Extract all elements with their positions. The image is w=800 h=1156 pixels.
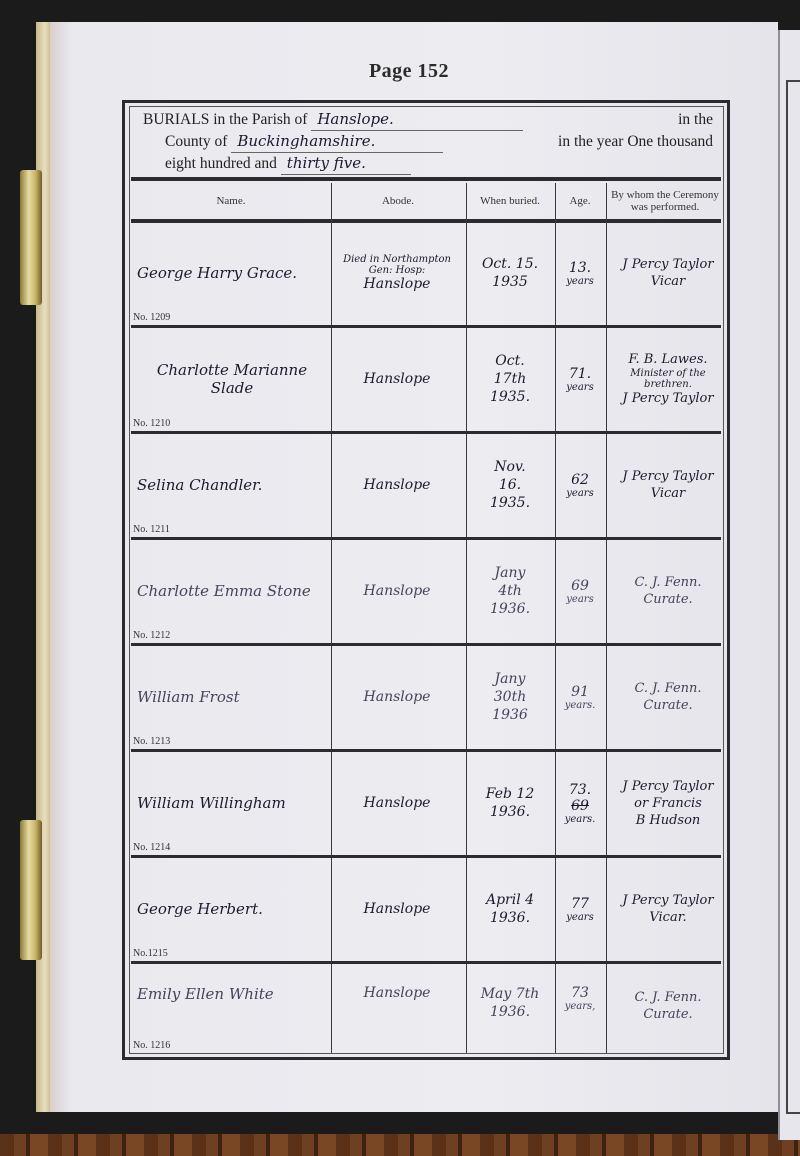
abode-text: Hanslope — [364, 985, 431, 1001]
heading-text: in the year One thousand — [558, 131, 713, 152]
entry-age: 13. years — [556, 223, 604, 323]
officiant-name: J Percy Taylor — [622, 778, 713, 795]
entry-officiant: J Percy Taylor or Francis B Hudson — [608, 753, 728, 853]
age-struck-value: 69 — [571, 798, 589, 814]
date-day: 4th — [498, 582, 522, 600]
age-value: 73 — [571, 985, 589, 1001]
date-line: Feb 12 — [486, 785, 534, 803]
burial-register-table: BURIALS in the Parish of Hanslope. in th… — [122, 100, 730, 1060]
officiant-title: Vicar — [651, 273, 686, 290]
abode-text: Hanslope — [364, 795, 431, 811]
officiant-name: C. J. Fenn. — [634, 680, 701, 697]
entry-officiant: J Percy Taylor Vicar. — [608, 859, 728, 959]
officiant-title: Minister of the brethren. — [608, 368, 728, 390]
age-unit: years — [566, 488, 593, 499]
parish-field: Hanslope. — [311, 109, 523, 131]
column-header-abode: Abode. — [331, 183, 465, 219]
age-value: 13. — [569, 260, 591, 276]
date-year: 1936. — [490, 803, 530, 821]
date-line: Oct. 15. — [482, 255, 538, 273]
entry-abode: Hanslope — [331, 965, 463, 1073]
date-day: 17th — [494, 370, 526, 388]
abode-text: Hanslope — [364, 371, 431, 387]
date-year: 1936. — [490, 600, 530, 618]
date-line: Jany — [495, 564, 526, 582]
entry-age: 73 years, — [556, 965, 604, 1073]
date-line: Jany — [495, 670, 526, 688]
date-year: 1936. — [490, 909, 530, 927]
entry-when-buried: Feb 12 1936. — [467, 753, 553, 853]
age-unit: years — [566, 382, 593, 393]
age-unit: years. — [565, 814, 596, 825]
entry-name: George Harry Grace. — [131, 223, 327, 323]
age-value: 62 — [571, 472, 589, 488]
officiant-title: Curate. — [643, 697, 692, 714]
entry-when-buried: Nov. 16. 1935. — [467, 435, 553, 535]
entry-number: No. 1214 — [133, 842, 170, 853]
entry-abode: Hanslope — [331, 859, 463, 959]
entry-age: 73. 69 years. — [556, 753, 604, 853]
officiant-name: C. J. Fenn. — [634, 574, 701, 591]
column-header-age: Age. — [555, 183, 605, 219]
burial-entry-row: Charlotte Marianne Slade No. 1210 Hanslo… — [131, 329, 721, 431]
entry-name: George Herbert. — [131, 859, 327, 959]
entry-abode: Died in Northampton Gen: Hosp: Hanslope — [331, 223, 463, 323]
entry-abode: Hanslope — [331, 329, 463, 429]
heading-text: in the — [678, 109, 713, 130]
entry-when-buried: Oct. 15. 1935 — [467, 223, 553, 323]
date-line: May 7th — [481, 985, 540, 1003]
burial-entry-row: George Herbert. No.1215 Hanslope April 4… — [131, 859, 721, 961]
date-day: 16. — [499, 476, 521, 494]
facing-page-edge — [778, 30, 800, 1140]
age-unit: years, — [565, 1001, 596, 1012]
entry-number: No.1215 — [133, 948, 168, 959]
burial-entry-row: William Frost No. 1213 Hanslope Jany 30t… — [131, 647, 721, 749]
burial-entry-row: William Willingham No. 1214 Hanslope Feb… — [131, 753, 721, 855]
abode-text: Hanslope — [364, 477, 431, 493]
column-header-name: Name. — [131, 183, 331, 219]
column-header-officiant: By whom the Ceremony was performed. — [606, 183, 724, 219]
entry-number: No. 1209 — [133, 312, 170, 323]
abode-text: Hanslope — [364, 583, 431, 599]
entry-officiant: F. B. Lawes. Minister of the brethren. J… — [608, 329, 728, 429]
officiant-title: Curate. — [643, 1006, 692, 1023]
entry-number: No. 1211 — [133, 524, 170, 535]
date-year: 1936 — [492, 706, 528, 724]
heading-text: BURIALS in the Parish of — [143, 111, 307, 128]
officiant-countersign: J Percy Taylor — [622, 390, 713, 407]
register-page: Page 152 BURIALS in the Parish of Hanslo… — [50, 22, 778, 1112]
entry-when-buried: Oct. 17th 1935. — [467, 329, 553, 429]
age-value: 77 — [571, 896, 589, 912]
officiant-name: C. J. Fenn. — [634, 989, 701, 1006]
officiant-title: Vicar. — [649, 909, 686, 926]
officiant-alt: or Francis — [634, 795, 702, 812]
entry-when-buried: Jany 4th 1936. — [467, 541, 553, 641]
entry-name: Charlotte Emma Stone — [131, 541, 327, 641]
burial-entry-row: George Harry Grace. No. 1209 Died in Nor… — [131, 223, 721, 325]
entry-age: 91 years. — [556, 647, 604, 747]
age-unit: years — [566, 594, 593, 605]
binding-tape-lower — [20, 820, 42, 960]
entry-when-buried: May 7th 1936. — [467, 965, 553, 1073]
age-value: 73. — [569, 782, 591, 798]
entry-number: No. 1216 — [133, 1040, 170, 1051]
heading-text: eight hundred and — [165, 155, 277, 172]
entry-number: No. 1212 — [133, 630, 170, 641]
entry-name: William Frost — [131, 647, 327, 747]
column-header-when-buried: When buried. — [466, 183, 554, 219]
year-field: thirty five. — [281, 153, 411, 175]
entry-name: William Willingham — [131, 753, 327, 853]
date-year: 1935. — [490, 494, 530, 512]
age-unit: years — [566, 912, 593, 923]
officiant-name: J Percy Taylor — [622, 256, 713, 273]
officiant-title: Curate. — [643, 591, 692, 608]
entry-officiant: C. J. Fenn. Curate. — [608, 647, 728, 747]
date-line: Oct. — [495, 352, 524, 370]
register-heading: BURIALS in the Parish of Hanslope. in th… — [143, 109, 713, 175]
date-year: 1935. — [490, 388, 530, 406]
entry-number: No. 1213 — [133, 736, 170, 747]
entry-when-buried: April 4 1936. — [467, 859, 553, 959]
entry-age: 77 years — [556, 859, 604, 959]
entry-abode: Hanslope — [331, 647, 463, 747]
entry-number: No. 1210 — [133, 418, 170, 429]
entry-name: Charlotte Marianne Slade — [131, 329, 327, 429]
officiant-countersign: B Hudson — [636, 812, 701, 829]
entry-officiant: J Percy Taylor Vicar — [608, 223, 728, 323]
entry-officiant: C. J. Fenn. Curate. — [608, 965, 728, 1077]
officiant-title: Vicar — [651, 485, 686, 502]
binding-tape-upper — [20, 170, 42, 305]
date-year: 1935 — [492, 273, 528, 291]
header-rule — [131, 177, 721, 181]
entry-when-buried: Jany 30th 1936 — [467, 647, 553, 747]
page-number: Page 152 — [45, 60, 773, 83]
date-day: 30th — [494, 688, 526, 706]
abode-note: Died in Northampton Gen: Hosp: — [331, 254, 463, 276]
wooden-surface — [0, 1134, 800, 1156]
date-line: April 4 — [486, 891, 534, 909]
date-year: 1936. — [490, 1003, 530, 1021]
abode-text: Hanslope — [364, 901, 431, 917]
entry-abode: Hanslope — [331, 541, 463, 641]
entry-age: 71. years — [556, 329, 604, 429]
entry-officiant: J Percy Taylor Vicar — [608, 435, 728, 535]
entry-age: 62 years — [556, 435, 604, 535]
age-value: 71. — [569, 366, 591, 382]
burial-entry-row: Emily Ellen White No. 1216 Hanslope May … — [131, 965, 721, 1053]
age-value: 91 — [571, 684, 589, 700]
entry-name: Selina Chandler. — [131, 435, 327, 535]
abode-text: Hanslope — [364, 276, 431, 292]
heading-text: County of — [165, 133, 227, 150]
entry-abode: Hanslope — [331, 435, 463, 535]
entry-officiant: C. J. Fenn. Curate. — [608, 541, 728, 641]
burial-entry-row: Charlotte Emma Stone No. 1212 Hanslope J… — [131, 541, 721, 643]
date-line: Nov. — [494, 458, 525, 476]
entry-age: 69 years — [556, 541, 604, 641]
age-unit: years. — [565, 700, 596, 711]
abode-text: Hanslope — [364, 689, 431, 705]
age-value: 69 — [571, 578, 589, 594]
age-unit: years — [566, 276, 593, 287]
county-field: Buckinghamshire. — [231, 131, 443, 153]
officiant-name: J Percy Taylor — [622, 468, 713, 485]
entry-abode: Hanslope — [331, 753, 463, 853]
column-headers: Name. Abode. When buried. Age. By whom t… — [125, 183, 727, 219]
officiant-name: J Percy Taylor — [622, 892, 713, 909]
officiant-name: F. B. Lawes. — [628, 351, 707, 368]
burial-entry-row: Selina Chandler. No. 1211 Hanslope Nov. … — [131, 435, 721, 537]
